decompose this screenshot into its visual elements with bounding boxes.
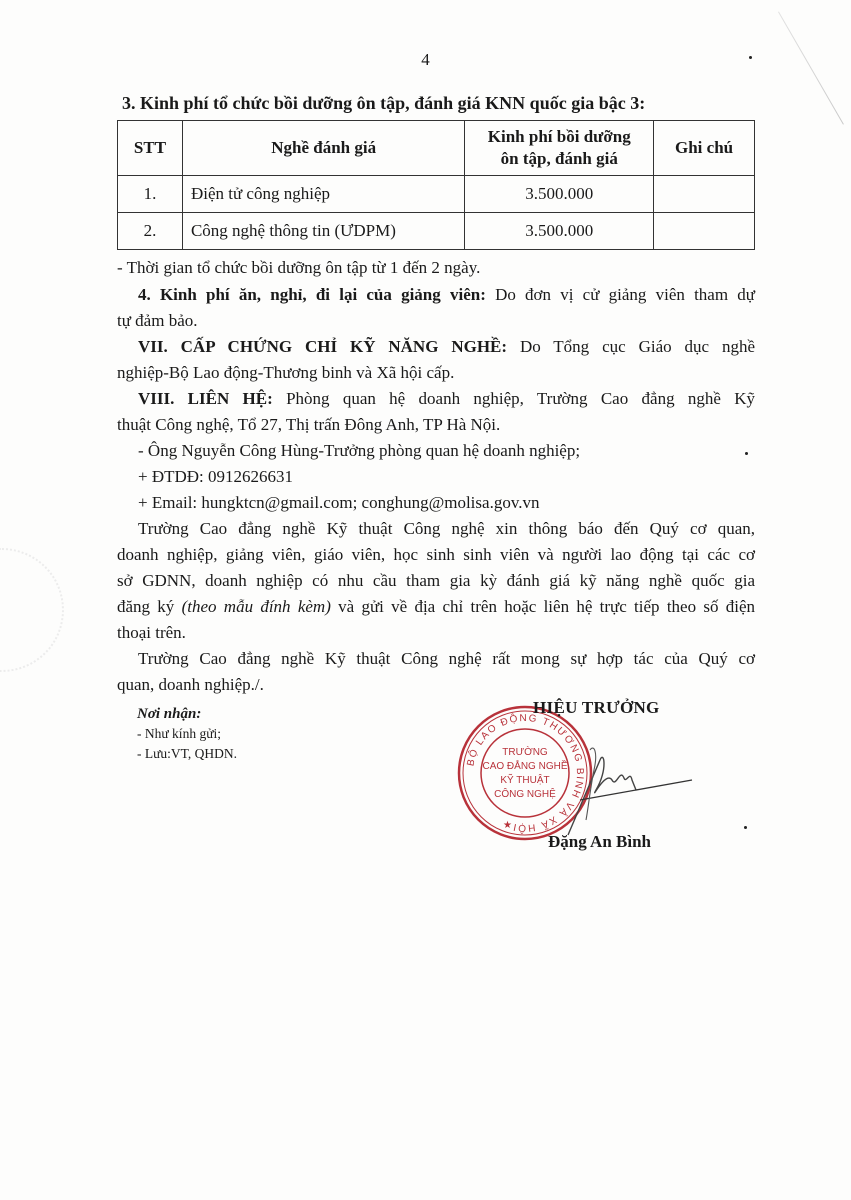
section-8-label: VIII. LIÊN HỆ:	[138, 389, 273, 408]
header-occupation: Nghề đánh giá	[182, 121, 464, 176]
contact-email: + Email: hungktcn@gmail.com; conghung@mo…	[138, 492, 539, 514]
row-note	[654, 213, 755, 250]
notice-line4-post: và gửi về địa chỉ trên hoặc liên hệ trực…	[331, 597, 755, 616]
row-occupation: Điện tử công nghiệp	[182, 176, 464, 213]
svg-text:TRƯỜNG: TRƯỜNG	[502, 745, 548, 758]
scan-speck	[745, 452, 748, 455]
section-8-paragraph-line2: thuật Công nghệ, Tổ 27, Thị trấn Đông An…	[117, 414, 500, 436]
section-7-label: VII. CẤP CHỨNG CHỈ KỸ NĂNG NGHỀ:	[138, 337, 507, 356]
contact-phone: + ĐTDĐ: 0912626631	[138, 466, 293, 488]
table-header-row: STT Nghề đánh giá Kinh phí bồi dưỡng ôn …	[118, 121, 755, 176]
svg-text:CÔNG NGHỆ: CÔNG NGHỆ	[494, 787, 556, 800]
row-cost: 3.500.000	[465, 213, 654, 250]
row-stt: 1.	[118, 176, 183, 213]
page-number: 4	[0, 50, 851, 70]
row-occupation: Công nghệ thông tin (ƯDPM)	[182, 213, 464, 250]
section-4-paragraph-line2: tự đảm bảo.	[117, 310, 198, 332]
header-cost: Kinh phí bồi dưỡng ôn tập, đánh giá	[465, 121, 654, 176]
duration-note: - Thời gian tổ chức bồi dưỡng ôn tập từ …	[117, 257, 480, 279]
section-3-heading: 3. Kinh phí tổ chức bồi dưỡng ôn tập, đá…	[122, 92, 645, 114]
header-stt: STT	[118, 121, 183, 176]
recipient-item: - Lưu:VT, QHDN.	[137, 745, 237, 763]
document-page: 4 3. Kinh phí tổ chức bồi dưỡng ôn tập, …	[0, 0, 851, 1200]
row-note	[654, 176, 755, 213]
notice-line5: thoại trên.	[117, 622, 186, 644]
row-stt: 2.	[118, 213, 183, 250]
section-7-paragraph-line1: VII. CẤP CHỨNG CHỈ KỸ NĂNG NGHỀ: Do Tổng…	[117, 336, 755, 358]
attached-form-reference: (theo mẫu đính kèm)	[182, 597, 331, 616]
notice-line4: đăng ký (theo mẫu đính kèm) và gửi về đị…	[117, 596, 755, 618]
notice-line1: Trường Cao đẳng nghề Kỹ thuật Công nghệ …	[117, 518, 755, 540]
section-8-text: Phòng quan hệ doanh nghiệp, Trường Cao đ…	[273, 389, 755, 408]
header-cost-line1: Kinh phí bồi dưỡng	[488, 127, 631, 146]
signer-name: Đặng An Bình	[548, 832, 651, 852]
table-row: 2. Công nghệ thông tin (ƯDPM) 3.500.000	[118, 213, 755, 250]
section-7-text: Do Tổng cục Giáo dục nghề	[507, 337, 755, 356]
header-cost-line2: ôn tập, đánh giá	[501, 149, 618, 168]
table-row: 1. Điện tử công nghiệp 3.500.000	[118, 176, 755, 213]
notice-line3: sở GDNN, doanh nghiệp có nhu cầu tham gi…	[117, 570, 755, 592]
section-4-label: 4. Kinh phí ăn, nghỉ, đi lại của giảng v…	[138, 285, 486, 304]
notice-line2: doanh nghiệp, giảng viên, giáo viên, học…	[117, 544, 755, 566]
cost-table: STT Nghề đánh giá Kinh phí bồi dưỡng ôn …	[117, 120, 755, 250]
stamp-star-icon: ★	[503, 820, 512, 831]
svg-text:CAO ĐẲNG NGHỀ: CAO ĐẲNG NGHỀ	[482, 759, 567, 772]
section-4-text: Do đơn vị cử giảng viên tham dự	[486, 285, 755, 304]
closing-line2: quan, doanh nghiệp./.	[117, 674, 264, 696]
svg-text:KỸ THUẬT: KỸ THUẬT	[500, 773, 549, 786]
principal-title: HIỆU TRƯỞNG	[533, 698, 660, 718]
section-4-paragraph-line1: 4. Kinh phí ăn, nghỉ, đi lại của giảng v…	[117, 284, 755, 306]
scan-speck	[744, 826, 747, 829]
header-note: Ghi chú	[654, 121, 755, 176]
section-7-paragraph-line2: nghiệp-Bộ Lao động-Thương binh và Xã hội…	[117, 362, 454, 384]
section-8-paragraph-line1: VIII. LIÊN HỆ: Phòng quan hệ doanh nghiệ…	[117, 388, 755, 410]
recipients-heading: Nơi nhận:	[137, 703, 201, 725]
closing-line1: Trường Cao đẳng nghề Kỹ thuật Công nghệ …	[117, 648, 755, 670]
recipient-item: - Như kính gửi;	[137, 725, 221, 743]
contact-person: - Ông Nguyễn Công Hùng-Trưởng phòng quan…	[138, 440, 580, 462]
bleed-through-stamp	[0, 548, 64, 672]
handwritten-signature	[560, 740, 700, 840]
notice-line4-pre: đăng ký	[117, 597, 182, 616]
row-cost: 3.500.000	[465, 176, 654, 213]
